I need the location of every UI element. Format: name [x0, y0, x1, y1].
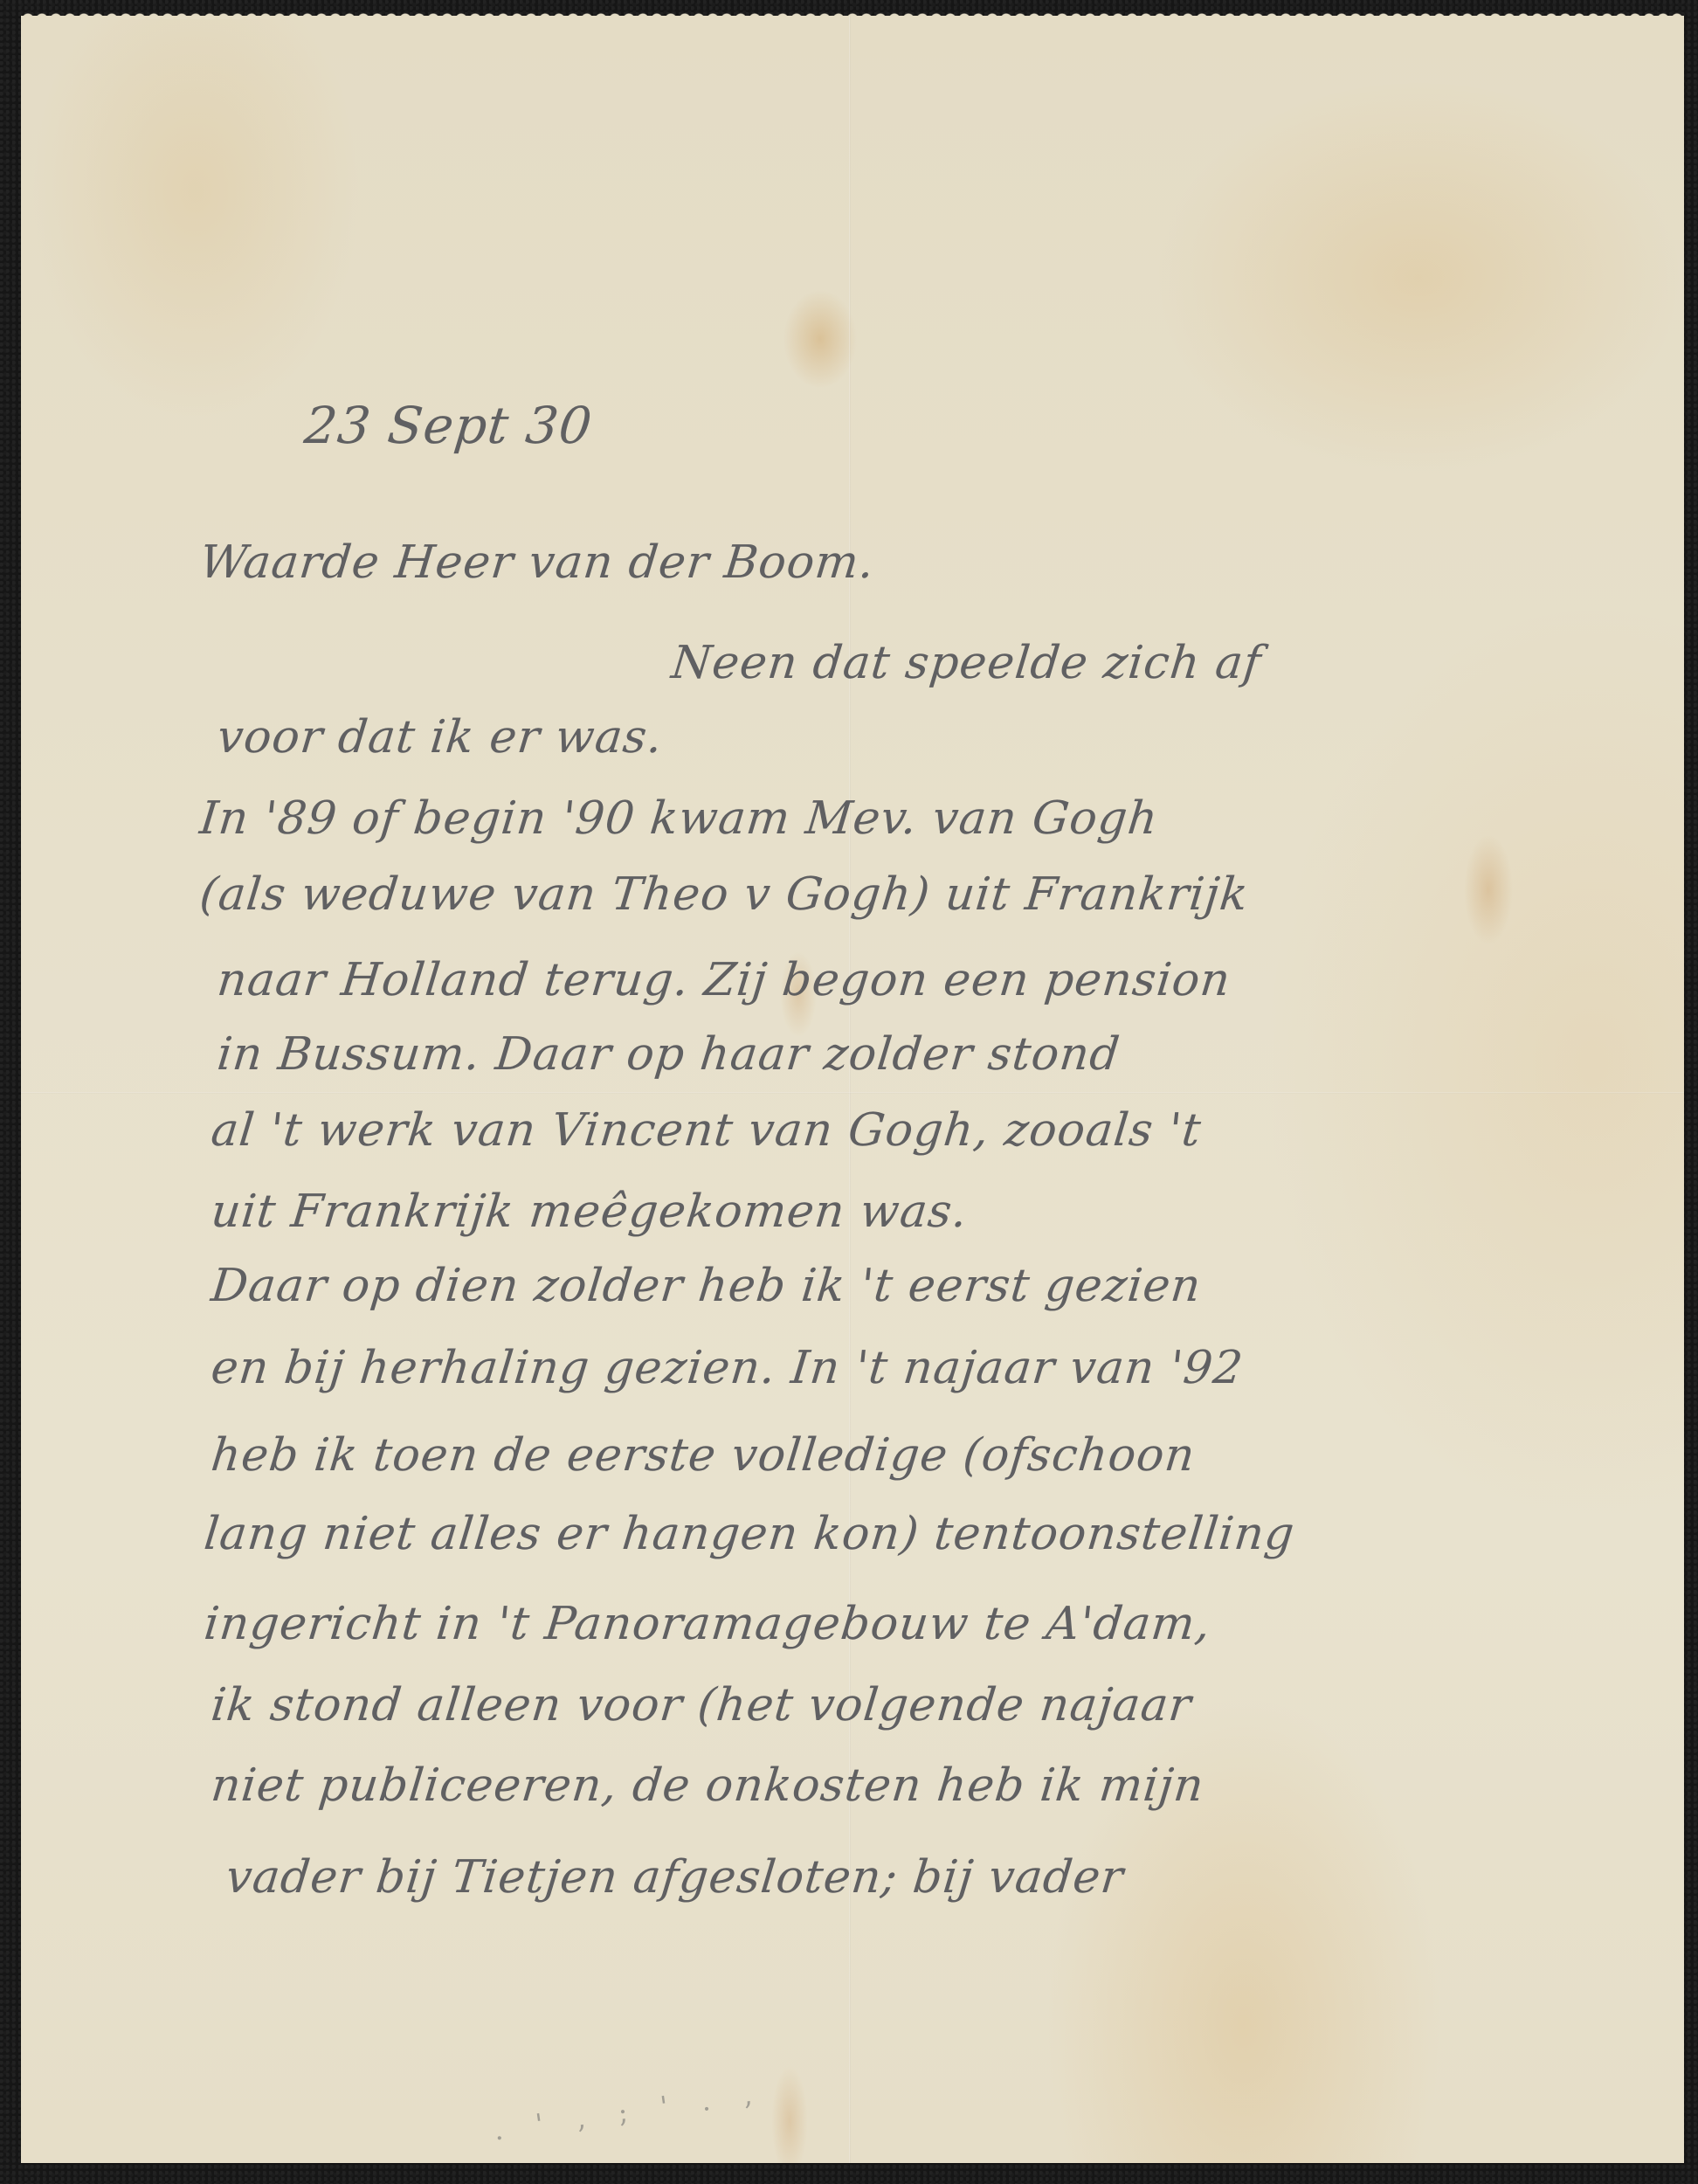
- letter-line: in Bussum. Daar op haar zolder stond: [215, 1032, 1122, 1077]
- letter-line: lang niet alles er hangen kon) tentoonst…: [202, 1511, 1297, 1557]
- letter-line: uit Frankrijk meêgekomen was.: [209, 1189, 970, 1234]
- letter-line: voor dat ik er was.: [215, 715, 665, 760]
- letter-line: niet publiceeren, de onkosten heb ik mij…: [209, 1763, 1206, 1808]
- letter-line: Neen dat speelde zich af: [669, 640, 1263, 686]
- ink-bleed-through: . ' , ; ' . ,: [492, 2076, 766, 2146]
- letter-line: ingericht in 't Panoramagebouw te A'dam,: [202, 1601, 1213, 1647]
- letter-line: (als weduwe van Theo v Gogh) uit Frankri…: [197, 872, 1251, 917]
- letter-line: In '89 of begin '90 kwam Mev. van Gogh: [197, 796, 1160, 841]
- letter-salutation: Waarde Heer van der Boom.: [197, 540, 877, 585]
- letter-line: naar Holland terug. Zij begon een pensio…: [215, 957, 1232, 1003]
- letter-line: Daar op dien zolder heb ik 't eerst gezi…: [209, 1263, 1204, 1309]
- letter-line: ik stond alleen voor (het volgende najaa…: [209, 1683, 1193, 1728]
- vertical-fold-crease: [849, 16, 851, 2163]
- horizontal-fold-crease: [21, 1092, 1684, 1094]
- letter-line: heb ik toen de eerste volledige (ofschoo…: [209, 1433, 1198, 1478]
- letter-date: 23 Sept 30: [302, 400, 595, 451]
- letter-page: 23 Sept 30 Waarde Heer van der Boom. Nee…: [21, 16, 1684, 2163]
- letter-line: al 't werk van Vincent van Gogh, zooals …: [209, 1108, 1204, 1153]
- letter-line: vader bij Tietjen afgesloten; bij vader: [224, 1855, 1126, 1900]
- letter-line: en bij herhaling gezien. In 't najaar va…: [209, 1345, 1246, 1391]
